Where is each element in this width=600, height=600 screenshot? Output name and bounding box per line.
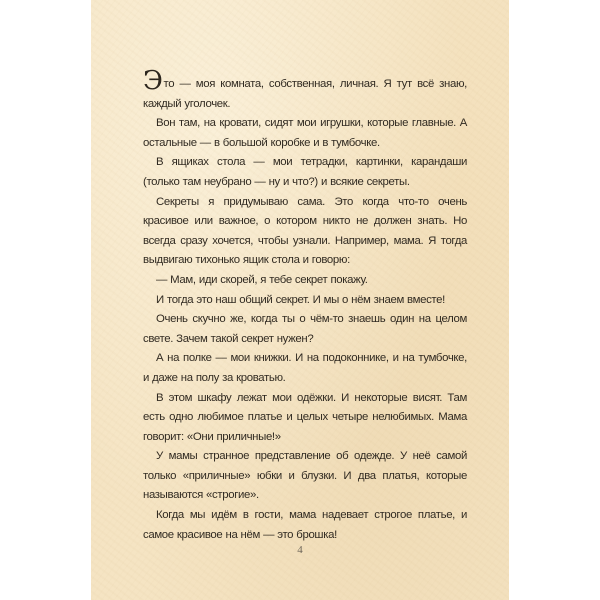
paragraph: Вон там, на кровати, сидят мои игрушки, …: [143, 114, 467, 153]
paragraph: Это — моя комната, собственная, личная. …: [143, 72, 467, 114]
drop-cap: Э: [143, 66, 163, 96]
paragraph: Секреты я придумываю сама. Это когда что…: [143, 193, 467, 271]
paragraph: Когда мы идём в гости, мама надевает стр…: [143, 506, 467, 545]
paragraph: Очень скучно же, когда ты о чём-то знаеш…: [143, 310, 467, 349]
paragraph: А на полке — мои книжки. И на подоконник…: [143, 349, 467, 388]
paragraph: В этом шкафу лежат мои одёжки. И некотор…: [143, 389, 467, 448]
paragraph: В ящиках стола — мои тетрадки, картинки,…: [143, 153, 467, 192]
page-body-text: Это — моя комната, собственная, личная. …: [143, 72, 467, 545]
book-page: Это — моя комната, собственная, личная. …: [91, 0, 509, 600]
paragraph: И тогда это наш общий секрет. И мы о нём…: [143, 291, 467, 311]
page-number: 4: [91, 544, 509, 556]
paragraph: — Мам, иди скорей, я тебе секрет покажу.: [143, 271, 467, 291]
paragraph: У мамы странное представление об одежде.…: [143, 447, 467, 506]
